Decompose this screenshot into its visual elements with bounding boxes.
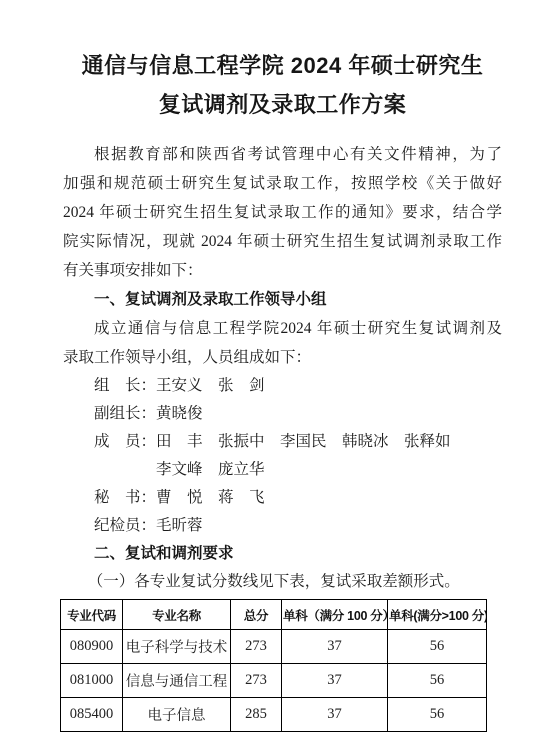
section-1-intro-line: 成立通信与信息工程学院2024 年硕士研究生复试调剂及 bbox=[63, 314, 502, 343]
title-line-2: 复试调剂及录取工作方案 bbox=[63, 85, 502, 124]
intro-line: 院实际情况，现就 2024 年硕士研究生招生复试调剂录取工作 bbox=[63, 227, 502, 256]
table-cell-subject-gt100: 56 bbox=[388, 698, 487, 732]
document-title: 通信与信息工程学院 2024 年硕士研究生 复试调剂及录取工作方案 bbox=[63, 46, 502, 124]
document-page: 通信与信息工程学院 2024 年硕士研究生 复试调剂及录取工作方案 根据教育部和… bbox=[0, 0, 540, 732]
table-cell-major-code: 080900 bbox=[61, 630, 123, 664]
table-cell-major-name: 电子信息 bbox=[123, 698, 231, 732]
table-cell-total-score: 285 bbox=[231, 698, 282, 732]
table-cell-major-name: 信息与通信工程 bbox=[123, 664, 231, 698]
table-cell-subject-gt100: 56 bbox=[388, 664, 487, 698]
section-2-paragraph: （一）各专业复试分数线见下表，复试采取差额形式。 bbox=[63, 568, 502, 596]
table-cell-subject-100: 37 bbox=[282, 664, 388, 698]
intro-line: 2024 年硕士研究生招生复试录取工作的通知》要求，结合学 bbox=[63, 198, 502, 227]
section-2-heading: 二、复试和调剂要求 bbox=[63, 540, 502, 568]
table-header-subject-100: 单科（满分 100 分） bbox=[282, 600, 388, 630]
table-cell-subject-100: 37 bbox=[282, 698, 388, 732]
section-2: 二、复试和调剂要求 （一）各专业复试分数线见下表，复试采取差额形式。 bbox=[63, 540, 502, 596]
section-1-intro-line: 录取工作领导小组，人员组成如下： bbox=[63, 343, 502, 372]
section-1-intro: 成立通信与信息工程学院2024 年硕士研究生复试调剂及 录取工作领导小组，人员组… bbox=[63, 314, 502, 372]
intro-line: 根据教育部和陕西省考试管理中心有关文件精神，为了 bbox=[63, 140, 502, 169]
table-cell-major-code: 081000 bbox=[61, 664, 123, 698]
roster-line-leader: 组 长：王安义 张 剑 bbox=[63, 372, 502, 400]
table-row: 081000 信息与通信工程 273 37 56 bbox=[61, 664, 487, 698]
table-row: 085400 电子信息 285 37 56 bbox=[61, 698, 487, 732]
table-header-total-score: 总分 bbox=[231, 600, 282, 630]
table-header-row: 专业代码 专业名称 总分 单科（满分 100 分） 单科(满分>100 分) bbox=[61, 600, 487, 630]
table-cell-total-score: 273 bbox=[231, 664, 282, 698]
table-header-major-name: 专业名称 bbox=[123, 600, 231, 630]
table-header-major-code: 专业代码 bbox=[61, 600, 123, 630]
table-row: 080900 电子科学与技术 273 37 56 bbox=[61, 630, 487, 664]
table-cell-major-name: 电子科学与技术 bbox=[123, 630, 231, 664]
table-cell-subject-gt100: 56 bbox=[388, 630, 487, 664]
table-cell-major-code: 085400 bbox=[61, 698, 123, 732]
roster-line-members: 成 员：田 丰 张振中 李国民 韩晓冰 张释如 bbox=[63, 428, 502, 456]
intro-line: 有关事项安排如下： bbox=[63, 256, 502, 285]
roster-line-discipline: 纪检员：毛昕蓉 bbox=[63, 512, 502, 540]
score-line-table: 专业代码 专业名称 总分 单科（满分 100 分） 单科(满分>100 分) 0… bbox=[60, 599, 487, 732]
intro-paragraph: 根据教育部和陕西省考试管理中心有关文件精神，为了 加强和规范硕士研究生复试录取工… bbox=[63, 140, 502, 285]
roster-line-secretary: 秘 书：曹 悦 蒋 飞 bbox=[63, 484, 502, 512]
table-header-subject-gt100: 单科(满分>100 分) bbox=[388, 600, 487, 630]
table-cell-total-score: 273 bbox=[231, 630, 282, 664]
leadership-roster: 组 长：王安义 张 剑 副组长：黄晓俊 成 员：田 丰 张振中 李国民 韩晓冰 … bbox=[63, 372, 502, 540]
title-line-1: 通信与信息工程学院 2024 年硕士研究生 bbox=[63, 46, 502, 85]
section-1-heading: 一、复试调剂及录取工作领导小组 bbox=[63, 285, 502, 314]
roster-line-deputy: 副组长：黄晓俊 bbox=[63, 400, 502, 428]
intro-line: 加强和规范硕士研究生复试录取工作，按照学校《关于做好 bbox=[63, 169, 502, 198]
table-cell-subject-100: 37 bbox=[282, 630, 388, 664]
roster-line-members-cont: 李文峰 庞立华 bbox=[63, 456, 502, 484]
